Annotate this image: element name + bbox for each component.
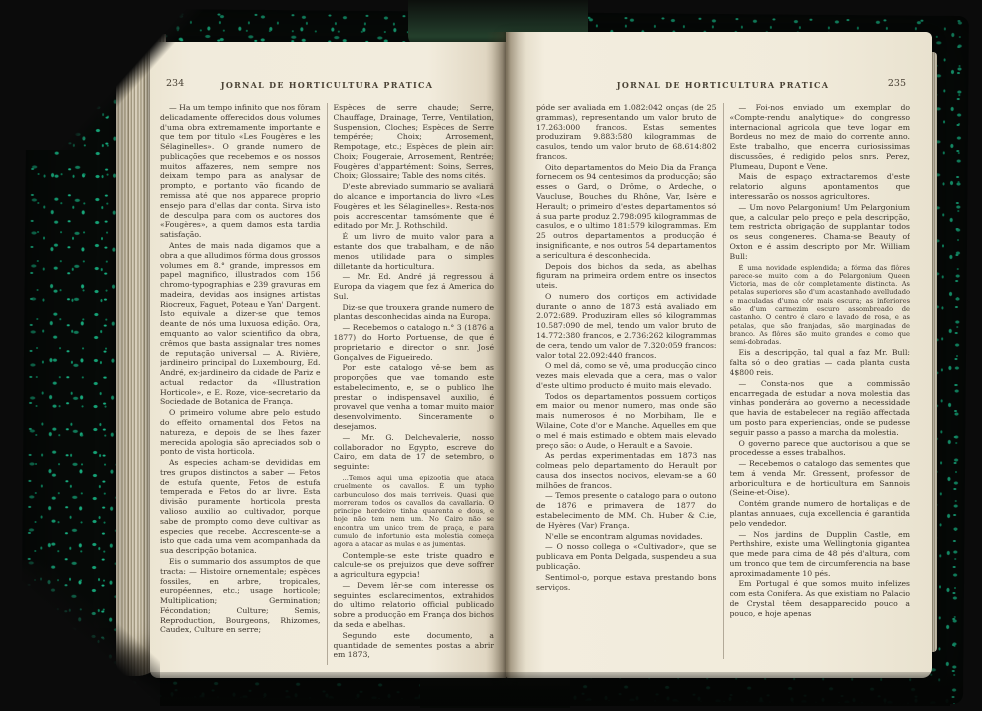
page-number-right: 235 xyxy=(888,78,906,89)
page-header-right: JORNAL DE HORTICULTURA PRATICA 235 xyxy=(536,80,910,96)
backdrop-corner-bottom-left xyxy=(0,560,160,711)
paragraph: Eis o summario dos assumptos de que trac… xyxy=(160,557,321,635)
paragraph: Contemple-se este triste quadro e calcul… xyxy=(334,551,495,580)
paragraph: Eis a descripção, tal qual a faz Mr. Bul… xyxy=(730,348,911,377)
paragraph: As especies acham-se devididas em tres g… xyxy=(160,458,321,556)
paragraph: O primeiro volume abre pelo estudo do ef… xyxy=(160,408,321,457)
paragraph: Espèces de serre chaude; Serre, Chauffag… xyxy=(334,103,495,181)
paragraph: — O nosso collega o «Cultivador», que se… xyxy=(536,542,717,571)
paragraph: — Consta-nos que a commissão encarregada… xyxy=(730,379,911,438)
paragraph: — Um novo Pelargonium! Um Pelargonium qu… xyxy=(730,203,911,262)
book-photo: 234 JORNAL DE HORTICULTURA PRATICA — Ha … xyxy=(0,0,982,711)
paragraph: Segundo este documento, a quantidade de … xyxy=(334,631,495,660)
backdrop-corner-top-left xyxy=(0,0,210,150)
paragraph: O mel dá, como se vê, uma producção cinc… xyxy=(536,361,717,390)
paragraph: Todos os departamentos possuem cortiços … xyxy=(536,392,717,451)
paragraph: É um livro de muito valor para a estante… xyxy=(334,232,495,271)
paragraph: D'este abreviado summario se avaliará do… xyxy=(334,182,495,231)
paragraph: póde ser avaliada em 1.082:042 onças (de… xyxy=(536,103,717,162)
paragraph: Mais de espaço extractaremos d'este rela… xyxy=(730,172,911,201)
paragraph: — Recebemos o catalogo n.° 3 (1876 a 187… xyxy=(334,323,495,362)
paragraph: — Mr. Ed. André já regressou á Europa da… xyxy=(334,272,495,301)
right-page-column-1: póde ser avaliada em 1.082:042 onças (de… xyxy=(536,103,717,659)
paragraph: É uma novidade esplendida; a fórma das f… xyxy=(730,264,911,347)
paragraph: As perdas experimentadas em 1873 nas col… xyxy=(536,451,717,490)
paragraph: — Temos presente o catalogo para o outon… xyxy=(536,491,717,530)
paragraph: Por este catalogo vê-se bem as proporçõe… xyxy=(334,363,495,431)
column-rule xyxy=(327,103,328,665)
paragraph: Em Portugal é que somos muito infelizes … xyxy=(730,579,911,618)
column-rule xyxy=(723,103,724,659)
left-page-column-1: — Ha um tempo infinito que nos fôram del… xyxy=(160,103,321,665)
paragraph: — Recebemos o catalogo das sementes que … xyxy=(730,459,911,498)
paragraph: O numero dos cortiços em actividade dura… xyxy=(536,292,717,360)
page-header-left: 234 JORNAL DE HORTICULTURA PRATICA xyxy=(160,80,494,96)
paragraph: N'elle se encontram algumas novidades. xyxy=(536,532,717,542)
paragraph: Antes de mais nada digamos que a obra a … xyxy=(160,241,321,407)
paragraph: Oito departamentos do Meio Dia da França… xyxy=(536,163,717,261)
paragraph: ...Temos aqui uma epizootia que ataca cr… xyxy=(334,474,495,549)
paragraph: O governo parece que auctorisou a que se… xyxy=(730,439,911,459)
paragraph: Contém grande numero de hortaliças e de … xyxy=(730,499,911,528)
running-title-right: JORNAL DE HORTICULTURA PRATICA xyxy=(536,80,910,90)
paragraph: — Mr. G. Delchevalerie, nosso collaborad… xyxy=(334,433,495,472)
paragraph: — Nos jardins de Dupplin Castle, em Pert… xyxy=(730,530,911,579)
left-page-column-2: Espèces de serre chaude; Serre, Chauffag… xyxy=(334,103,495,665)
book-bottom-shadow xyxy=(150,672,950,706)
paragraph: Sentimol-o, porque estava prestando bons… xyxy=(536,573,717,593)
right-page-body: póde ser avaliada em 1.082:042 onças (de… xyxy=(536,103,910,659)
paragraph: — Foi-nos enviado um exemplar do «Compte… xyxy=(730,103,911,171)
left-page-body: — Ha um tempo infinito que nos fôram del… xyxy=(160,103,494,665)
paragraph: — Devem lêr-se com interesse os seguinte… xyxy=(334,581,495,630)
running-title-left: JORNAL DE HORTICULTURA PRATICA xyxy=(160,80,494,90)
paragraph: Depois dos bichos da seda, as abelhas fi… xyxy=(536,262,717,291)
paragraph: Diz-se que trouxera grande numero de pla… xyxy=(334,303,495,323)
page-right: JORNAL DE HORTICULTURA PRATICA 235 póde … xyxy=(506,32,932,678)
right-page-column-2: — Foi-nos enviado um exemplar do «Compte… xyxy=(730,103,911,659)
